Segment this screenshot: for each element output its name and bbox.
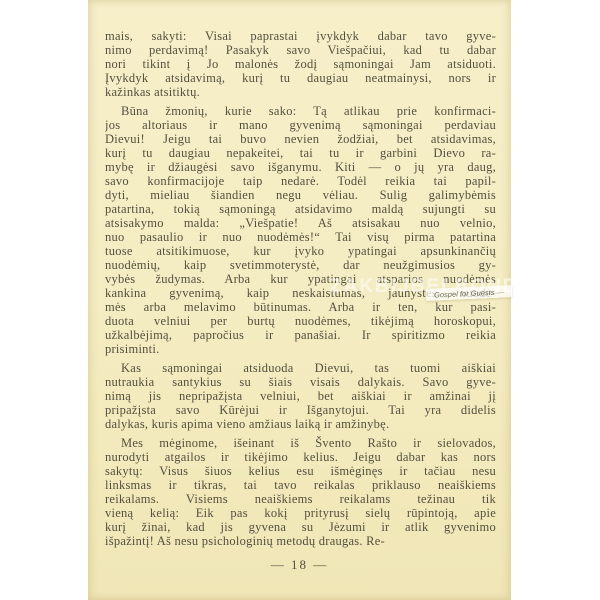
text-line: Dievui! Jeigu tai buvo nevien žodžiai, b…: [105, 132, 496, 146]
text-line: nutraukia santykius su šiais visais daly…: [105, 375, 496, 389]
text-line: pripažįsta savo Kūrėjui ir Išganytojui. …: [105, 403, 496, 417]
text-line: prisiminti.: [105, 342, 496, 356]
paragraph: Kas sąmoningai atsiduoda Dievui, tas tuo…: [105, 361, 496, 431]
text-line: sakytų: Visus šiuos kelius esu išmėginęs…: [105, 464, 496, 478]
text-line: nimo perdavimą! Pasakyk savo Viešpačiui,…: [105, 43, 496, 57]
paragraph: Būna žmonių, kurie sako: Tą atlikau prie…: [105, 104, 496, 356]
text-line: dalykas, kuris apima vieno amžiaus laiką…: [105, 417, 496, 431]
text-line: nuodėmių, kaip svetimmoterystė, dar neuž…: [105, 258, 496, 272]
body-text: mais, sakyti: Visai paprastai įvykdyk da…: [88, 0, 511, 548]
text-line: mės arba melavimo būtinumas. Arba ir ten…: [105, 300, 496, 314]
text-line: atsisakymo malda: „Viešpatie! Aš atsisak…: [105, 216, 496, 230]
text-line: kažinkas atsitiktų.: [105, 85, 496, 99]
text-line: kurį žinai, kad jis gyvena su Jėzumi ir …: [105, 520, 496, 534]
text-line: linksmas ir tikras, tai tavo reikalas pr…: [105, 478, 496, 492]
paragraph: Mes mėginome, išeinant iš Švento Rašto i…: [105, 436, 496, 548]
text-line: nori tikint į Jo malonės žodį sąmoningai…: [105, 57, 496, 71]
text-line: dyti, mieliau šiandien negu vėliau. Suli…: [105, 188, 496, 202]
text-line: Įvykdyk atsidavimą, kurį tu daugiau neat…: [105, 71, 496, 85]
text-line: Mes mėginome, išeinant iš Švento Rašto i…: [105, 436, 496, 450]
paragraph: mais, sakyti: Visai paprastai įvykdyk da…: [105, 29, 496, 99]
text-line: tuose atsitikimuose, kur įvyko ypatingai…: [105, 244, 496, 258]
text-line: duota velniui per burtų nuodėmes, tikėji…: [105, 314, 496, 328]
text-line: jos altoriaus ir mano gyvenimą sąmoninga…: [105, 118, 496, 132]
text-line: mais, sakyti: Visai paprastai įvykdyk da…: [105, 29, 496, 43]
text-line: vybės žudymas. Arba kur ypatingai atspar…: [105, 272, 496, 286]
text-line: mybę ir džiaugėsi savo išganymu. Kiti — …: [105, 160, 496, 174]
text-line: kurį tu daugiau nepakeitei, tai tu ir ga…: [105, 146, 496, 160]
text-line: nurodyti atgailos ir tikėjimo kelius. Je…: [105, 450, 496, 464]
page-number: — 18 —: [88, 557, 511, 573]
book-page: mais, sakyti: Visai paprastai įvykdyk da…: [88, 0, 511, 600]
text-line: užkalbėjimą, papročius ir panašiai. Ir s…: [105, 328, 496, 342]
text-line: išpažintį! Aš nesu psichologinių metodų …: [105, 534, 496, 548]
scanned-book-page: mais, sakyti: Visai paprastai įvykdyk da…: [0, 0, 600, 600]
text-line: Kas sąmoningai atsiduoda Dievui, tas tuo…: [105, 361, 496, 375]
text-line: vieną kelią: Eik pas kokį prityrusį siel…: [105, 506, 496, 520]
text-line: nuo pasaulio ir nuo nuodėmės!“ Tai visų …: [105, 230, 496, 244]
text-line: savo konfirmacijoje taip nedarė. Todėl r…: [105, 174, 496, 188]
text-line: reikalams. Visiems neaiškiems reikalams …: [105, 492, 496, 506]
text-line: Būna žmonių, kurie sako: Tą atlikau prie…: [105, 104, 496, 118]
text-line: nimą jis nepripažįsta velniui, bet aiški…: [105, 389, 496, 403]
text-line: kankina gyvenimą, kaip neskaistumas, jau…: [105, 286, 496, 300]
text-line: patartina, tokią sąmoningą atsidavimo ma…: [105, 202, 496, 216]
